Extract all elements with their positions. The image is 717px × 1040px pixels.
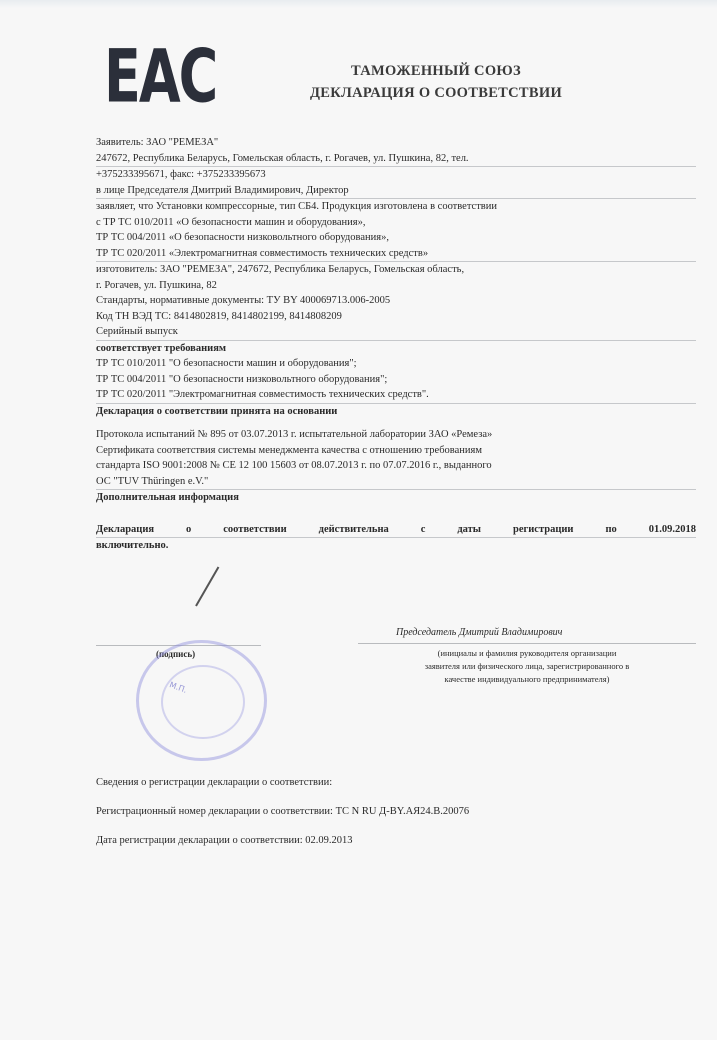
validity-line-1: Декларация о соответствии действительна … (96, 522, 696, 539)
company-stamp: М.П. (136, 640, 267, 761)
title-union: ТАМОЖЕННЫЙ СОЮЗ (256, 60, 616, 82)
address-line-1: 247672, Республика Беларусь, Гомельская … (96, 151, 696, 168)
registration-number: Регистрационный номер декларации о соотв… (96, 804, 696, 819)
signer-caption-line-1: (инициалы и фамилия руководителя организ… (358, 647, 696, 660)
eac-logo: EAC (104, 50, 216, 104)
declaration-body: Заявитель: ЗАО "РЕМЕЗА" 247672, Республи… (96, 135, 696, 554)
declares-line-1: заявляет, что Установки компрессорные, т… (96, 199, 696, 215)
basis-line-3: стандарта ISO 9001:2008 № СЕ 12 100 1560… (96, 458, 696, 474)
tnved-code: Код ТН ВЭД ТС: 8414802819, 8414802199, 8… (96, 309, 696, 325)
stamp-inner-ring (161, 665, 245, 739)
applicant: Заявитель: ЗАО "РЕМЕЗА" (96, 135, 696, 151)
basis-line-1: Протокола испытаний № 895 от 03.07.2013 … (96, 427, 696, 443)
serial-production: Серийный выпуск (96, 324, 696, 341)
basis-line-4: ОС "TUV Thüringen e.V." (96, 474, 696, 491)
address-line-2: +375233395671, факс: +375233395673 (96, 167, 696, 183)
requirement-3: ТР ТС 020/2011 "Электромагнитная совмест… (96, 387, 696, 404)
requirement-2: ТР ТС 004/2011 "О безопасности низковоль… (96, 372, 696, 388)
declares-line-2: с ТР ТС 010/2011 «О безопасности машин и… (96, 215, 696, 231)
registration-date: Дата регистрации декларации о соответств… (96, 833, 696, 848)
signer-caption-line-2: заявителя или физического лица, зарегист… (358, 660, 696, 673)
registration-heading: Сведения о регистрации декларации о соот… (96, 775, 696, 790)
declares-line-4: ТР ТС 020/2011 «Электромагнитная совмест… (96, 246, 696, 263)
registration-info: Сведения о регистрации декларации о соот… (96, 775, 696, 862)
signer-line (358, 643, 696, 644)
scan-top-edge (0, 0, 717, 8)
validity-line-2: включительно. (96, 538, 696, 554)
manufacturer-line-2: г. Рогачев, ул. Пушкина, 82 (96, 278, 696, 294)
additional-info: Дополнительная информация (96, 490, 696, 506)
meets-requirements: соответствует требованиям (96, 341, 696, 357)
signer-caption: (инициалы и фамилия руководителя организ… (358, 647, 696, 686)
basis-heading: Декларация о соответствии принята на осн… (96, 404, 696, 420)
signer-caption-line-3: качестве индивидуального предпринимателя… (358, 673, 696, 686)
handwritten-signature (195, 567, 219, 607)
basis-line-2: Сертификата соответствия системы менеджм… (96, 443, 696, 459)
manufacturer-line-1: изготовитель: ЗАО "РЕМЕЗА", 247672, Респ… (96, 262, 696, 278)
title-declaration: ДЕКЛАРАЦИЯ О СООТВЕТСТВИИ (256, 82, 616, 104)
document-title: ТАМОЖЕННЫЙ СОЮЗ ДЕКЛАРАЦИЯ О СООТВЕТСТВИ… (256, 60, 616, 104)
declares-line-3: ТР ТС 004/2011 «О безопасности низковоль… (96, 230, 696, 246)
requirement-1: ТР ТС 010/2011 "О безопасности машин и о… (96, 356, 696, 372)
represented-by: в лице Председателя Дмитрий Владимирович… (96, 183, 696, 200)
signer-name: Председатель Дмитрий Владимирович (396, 627, 562, 638)
standards: Стандарты, нормативные документы: ТУ BY … (96, 293, 696, 309)
